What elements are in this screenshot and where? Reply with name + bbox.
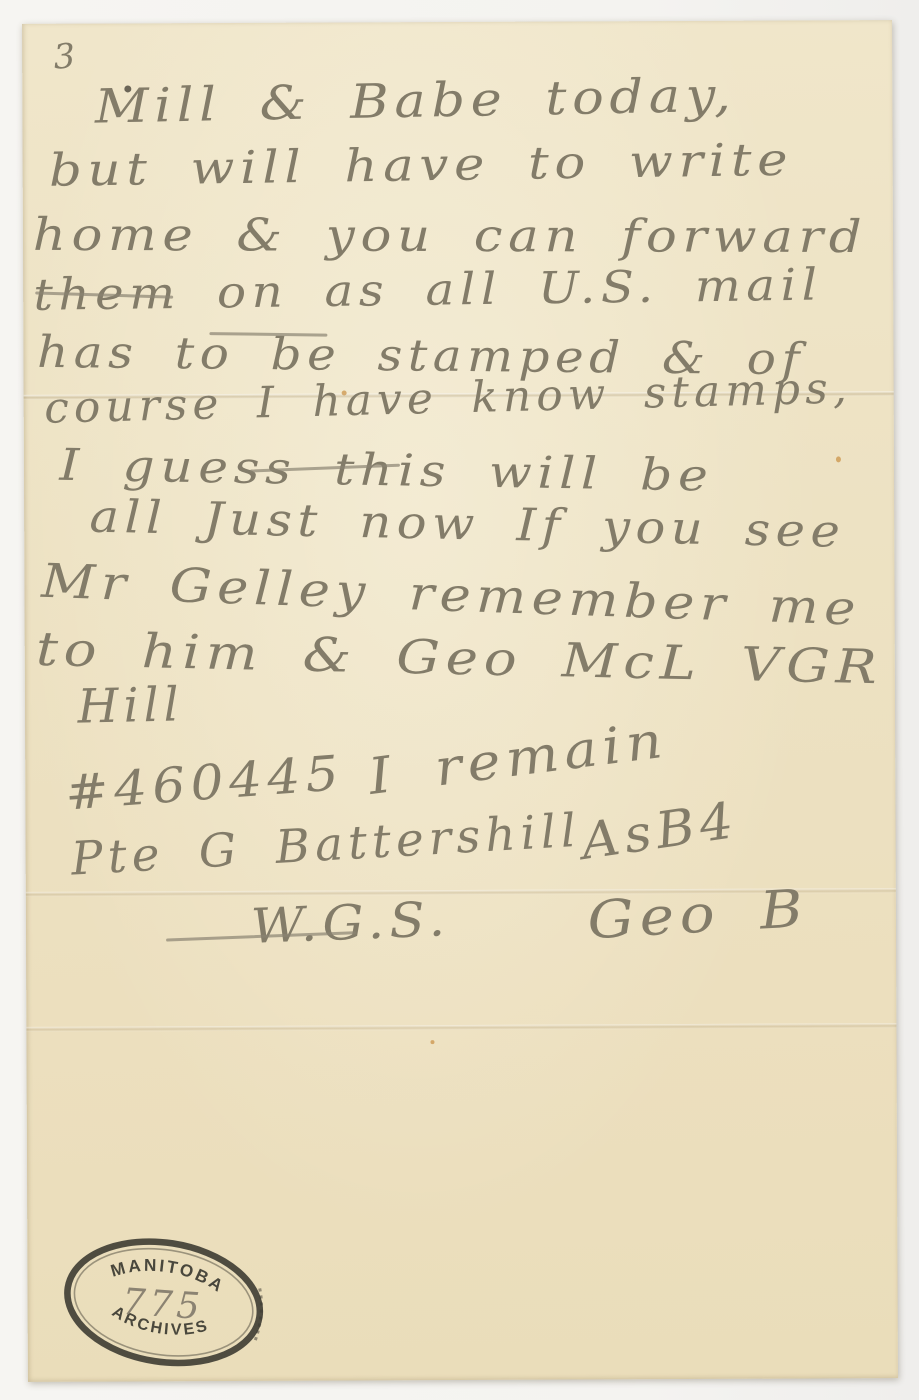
letter-line-8: all Just now If you see <box>89 490 846 558</box>
letter-line-11: Hill <box>77 677 184 734</box>
letter-line-2: but will have to write <box>49 133 794 197</box>
letter-page: 3 Mill & Babe today, but will have to wr… <box>22 20 898 1382</box>
letter-line-3: home & you can forward <box>33 208 868 263</box>
paper-fleck <box>836 456 841 462</box>
unit-abbreviation: AsB4 <box>577 791 742 871</box>
page-number: 3 <box>52 36 82 78</box>
letter-line-4: them on as all U.S. mail <box>33 260 823 321</box>
paper-fleck <box>430 1040 434 1044</box>
manitoba-archives-stamp: MANITOBA ARCHIVES 775 <box>49 1220 279 1385</box>
signature: Geo B <box>586 879 810 951</box>
org-initials: W.G.S. <box>250 891 451 955</box>
paper-fleck <box>342 390 347 395</box>
stamp-number-pencil: 775 <box>121 1280 205 1328</box>
letter-line-1: Mill & Babe today, <box>94 68 737 135</box>
fold-crease-bottom <box>26 1023 896 1032</box>
valediction: I remain <box>365 710 671 805</box>
service-number: #460445 <box>63 745 346 822</box>
